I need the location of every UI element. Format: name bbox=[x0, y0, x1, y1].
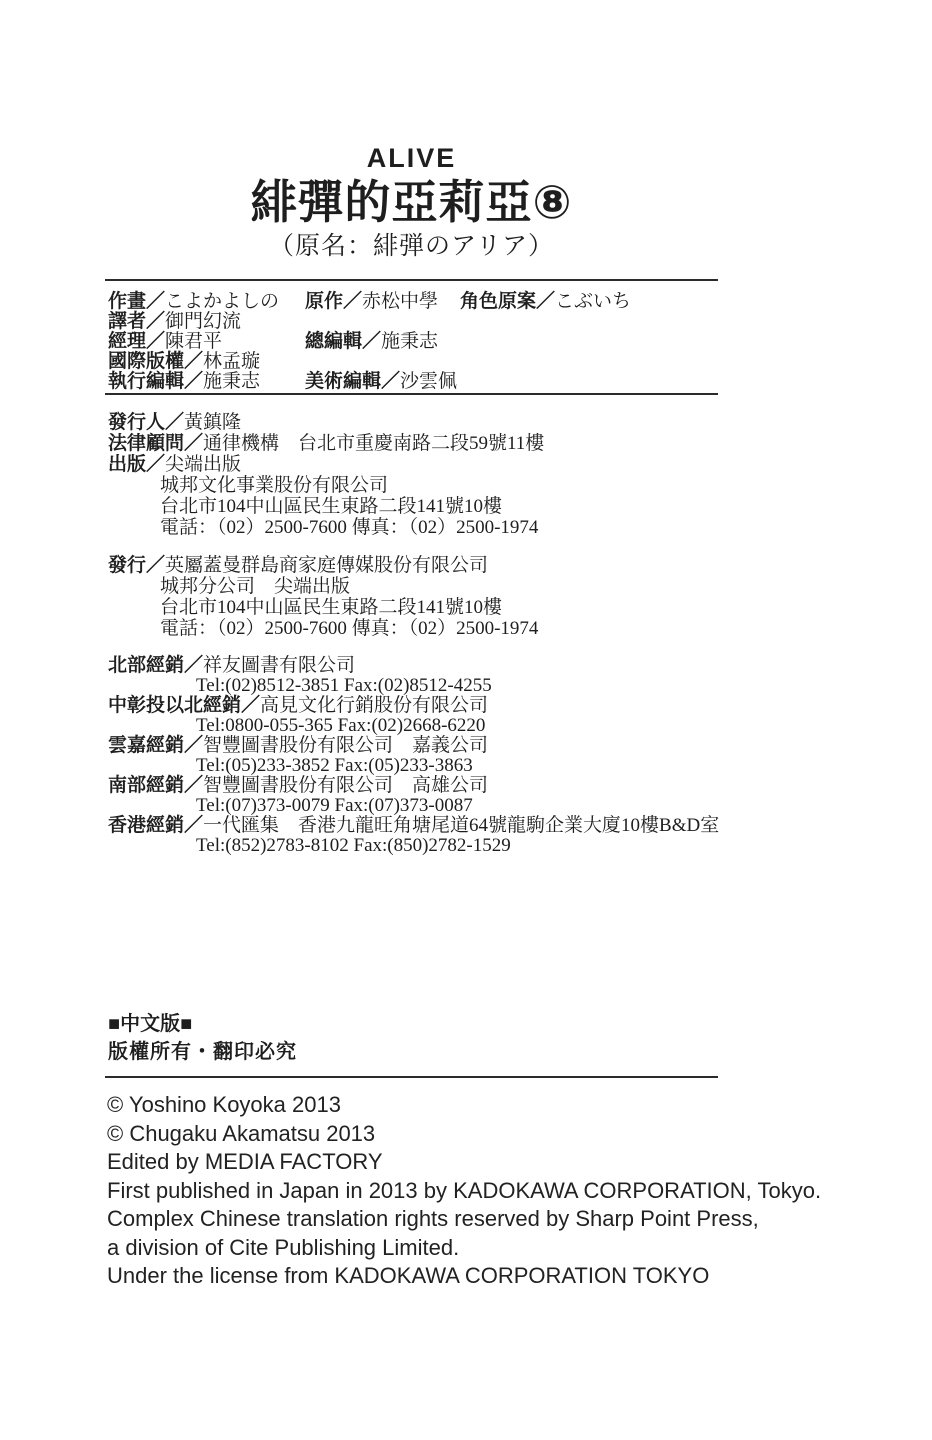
credit-label: 經理／ bbox=[108, 331, 165, 352]
distributor-yunjia: 雲嘉經銷／智豐圖書股份有限公司 嘉義公司 bbox=[108, 736, 488, 756]
copyright-line: © Yoshino Koyoka 2013 bbox=[107, 1091, 897, 1120]
credit-value: こよかよしの bbox=[165, 291, 279, 312]
field-value: 黃鎮隆 bbox=[184, 412, 241, 433]
copyright-line: a division of Cite Publishing Limited. bbox=[107, 1234, 897, 1263]
copyright-line: © Chugaku Akamatsu 2013 bbox=[107, 1120, 897, 1149]
field-value: 智豐圖書股份有限公司 高雄公司 bbox=[203, 775, 488, 796]
credit-value: 陳君平 bbox=[165, 331, 222, 352]
credit-artist: 作畫／こよかよしの bbox=[108, 292, 279, 312]
credits-row: 國際版權／林孟璇 bbox=[108, 352, 728, 372]
field-label: 香港經銷／ bbox=[108, 815, 203, 836]
distributor-hongkong-contact: Tel:(852)2783-8102 Fax:(850)2782-1529 bbox=[196, 836, 511, 856]
issuer-address-line: 台北市104中山區民生東路二段141號10樓 bbox=[160, 597, 502, 618]
credit-translator: 譯者／御門幻流 bbox=[108, 312, 241, 332]
field-label: 北部經銷／ bbox=[108, 655, 203, 676]
issuer-phone-line: 電話：（02）2500-7600 傳真：（02）2500-1974 bbox=[160, 618, 538, 639]
field-label: 雲嘉經銷／ bbox=[108, 735, 203, 756]
distributor-south: 南部經銷／智豐圖書股份有限公司 高雄公司 bbox=[108, 776, 488, 796]
divider-credits-bottom bbox=[105, 393, 718, 395]
field-value: 一代匯集 香港九龍旺角塘尾道64號龍駒企業大廈10樓B&D室 bbox=[203, 815, 719, 836]
credit-label: 角色原案／ bbox=[460, 291, 555, 312]
credit-value: 御門幻流 bbox=[165, 311, 241, 332]
copyright-line: Under the license from KADOKAWA CORPORAT… bbox=[107, 1262, 897, 1291]
credit-label: 作畫／ bbox=[108, 291, 165, 312]
field-value: 英屬蓋曼群島商家庭傳媒股份有限公司 bbox=[165, 555, 488, 576]
field-label: 出版／ bbox=[108, 454, 165, 475]
credit-chief-editor: 總編輯／施秉志 bbox=[305, 332, 438, 352]
credit-value: 施秉志 bbox=[381, 331, 438, 352]
field-label: 發行人／ bbox=[108, 412, 184, 433]
publisher-company-line: 城邦文化事業股份有限公司 bbox=[160, 475, 388, 496]
credits-table: 作畫／こよかよしの 原作／赤松中學 角色原案／こぶいち 譯者／御門幻流 經理／陳… bbox=[108, 292, 728, 394]
field-value: 通律機構 台北市重慶南路二段59號11樓 bbox=[203, 433, 544, 454]
copyright-block: © Yoshino Koyoka 2013 © Chugaku Akamatsu… bbox=[107, 1091, 897, 1291]
book-title: 緋彈的亞莉亞⑧ bbox=[105, 176, 718, 228]
publisher-address-line: 台北市104中山區民生東路二段141號10樓 bbox=[160, 496, 502, 517]
distributor-central-contact: Tel:0800-055-365 Fax:(02)2668-6220 bbox=[196, 716, 485, 736]
credit-character-design: 角色原案／こぶいち bbox=[460, 292, 631, 312]
field-value: 高見文化行銷股份有限公司 bbox=[260, 695, 488, 716]
distribution-line: 發行／英屬蓋曼群島商家庭傳媒股份有限公司 bbox=[108, 555, 488, 576]
field-label: 法律顧問／ bbox=[108, 433, 203, 454]
credit-label: 總編輯／ bbox=[305, 331, 381, 352]
credit-label: 原作／ bbox=[305, 291, 362, 312]
publisher-block: 發行人／黃鎮隆 法律顧問／通律機構 台北市重慶南路二段59號11樓 出版／尖端出… bbox=[108, 412, 748, 542]
credit-label: 美術編輯／ bbox=[305, 371, 400, 392]
distributor-yunjia-contact: Tel:(05)233-3852 Fax:(05)233-3863 bbox=[196, 756, 473, 776]
colophon-page: ALIVE 緋彈的亞莉亞⑧ （原名：緋弾のアリア） 作畫／こよかよしの 原作／赤… bbox=[0, 0, 932, 1440]
credit-label: 執行編輯／ bbox=[108, 371, 203, 392]
field-value: 尖端出版 bbox=[165, 454, 241, 475]
issuer-person-line: 發行人／黃鎮隆 bbox=[108, 412, 241, 433]
issuer-block: 發行／英屬蓋曼群島商家庭傳媒股份有限公司 城邦分公司 尖端出版 台北市104中山… bbox=[108, 555, 748, 645]
distributor-hongkong: 香港經銷／一代匯集 香港九龍旺角塘尾道64號龍駒企業大廈10樓B&D室 bbox=[108, 816, 719, 836]
credit-value: 施秉志 bbox=[203, 371, 260, 392]
divider-credits-top bbox=[105, 279, 718, 281]
distributor-south-contact: Tel:(07)373-0079 Fax:(07)373-0087 bbox=[196, 796, 473, 816]
original-title: （原名：緋弾のアリア） bbox=[105, 231, 718, 261]
credits-row: 經理／陳君平 總編輯／施秉志 bbox=[108, 332, 728, 352]
field-value: 智豐圖書股份有限公司 嘉義公司 bbox=[203, 735, 488, 756]
field-value: 祥友圖書有限公司 bbox=[203, 655, 355, 676]
field-label: 發行／ bbox=[108, 555, 165, 576]
copyright-line: Edited by MEDIA FACTORY bbox=[107, 1148, 897, 1177]
credit-value: 赤松中學 bbox=[362, 291, 438, 312]
credit-international-rights: 國際版權／林孟璇 bbox=[108, 352, 260, 372]
chinese-edition-mark: ■中文版■ bbox=[108, 1013, 192, 1035]
rights-notice: 版權所有・翻印必究 bbox=[108, 1041, 297, 1063]
title-block: ALIVE 緋彈的亞莉亞⑧ （原名：緋弾のアリア） bbox=[105, 142, 718, 261]
credits-row: 作畫／こよかよしの 原作／赤松中學 角色原案／こぶいち bbox=[108, 292, 728, 312]
field-label: 南部經銷／ bbox=[108, 775, 203, 796]
legal-advisor-line: 法律顧問／通律機構 台北市重慶南路二段59號11樓 bbox=[108, 433, 544, 454]
field-label: 中彰投以北經銷／ bbox=[108, 695, 260, 716]
distributor-north: 北部經銷／祥友圖書有限公司 bbox=[108, 656, 355, 676]
copyright-line: First published in Japan in 2013 by KADO… bbox=[107, 1177, 897, 1206]
credit-value: こぶいち bbox=[555, 291, 631, 312]
credit-label: 國際版權／ bbox=[108, 351, 203, 372]
series-logo-text: ALIVE bbox=[105, 142, 718, 174]
credits-row: 執行編輯／施秉志 美術編輯／沙雲佩 bbox=[108, 372, 728, 392]
issuer-branch-line: 城邦分公司 尖端出版 bbox=[160, 576, 350, 597]
credit-manager: 經理／陳君平 bbox=[108, 332, 222, 352]
publishing-line: 出版／尖端出版 bbox=[108, 454, 241, 475]
credit-original-author: 原作／赤松中學 bbox=[305, 292, 438, 312]
distributor-north-contact: Tel:(02)8512-3851 Fax:(02)8512-4255 bbox=[196, 676, 492, 696]
copyright-line: Complex Chinese translation rights reser… bbox=[107, 1205, 897, 1234]
divider-copyright bbox=[105, 1076, 718, 1078]
credit-value: 沙雲佩 bbox=[400, 371, 457, 392]
credit-value: 林孟璇 bbox=[203, 351, 260, 372]
credit-art-editor: 美術編輯／沙雲佩 bbox=[305, 372, 457, 392]
distributor-central: 中彰投以北經銷／高見文化行銷股份有限公司 bbox=[108, 696, 488, 716]
credits-row: 譯者／御門幻流 bbox=[108, 312, 728, 332]
credit-label: 譯者／ bbox=[108, 311, 165, 332]
credit-executive-editor: 執行編輯／施秉志 bbox=[108, 372, 260, 392]
publisher-phone-line: 電話：（02）2500-7600 傳真：（02）2500-1974 bbox=[160, 517, 538, 538]
